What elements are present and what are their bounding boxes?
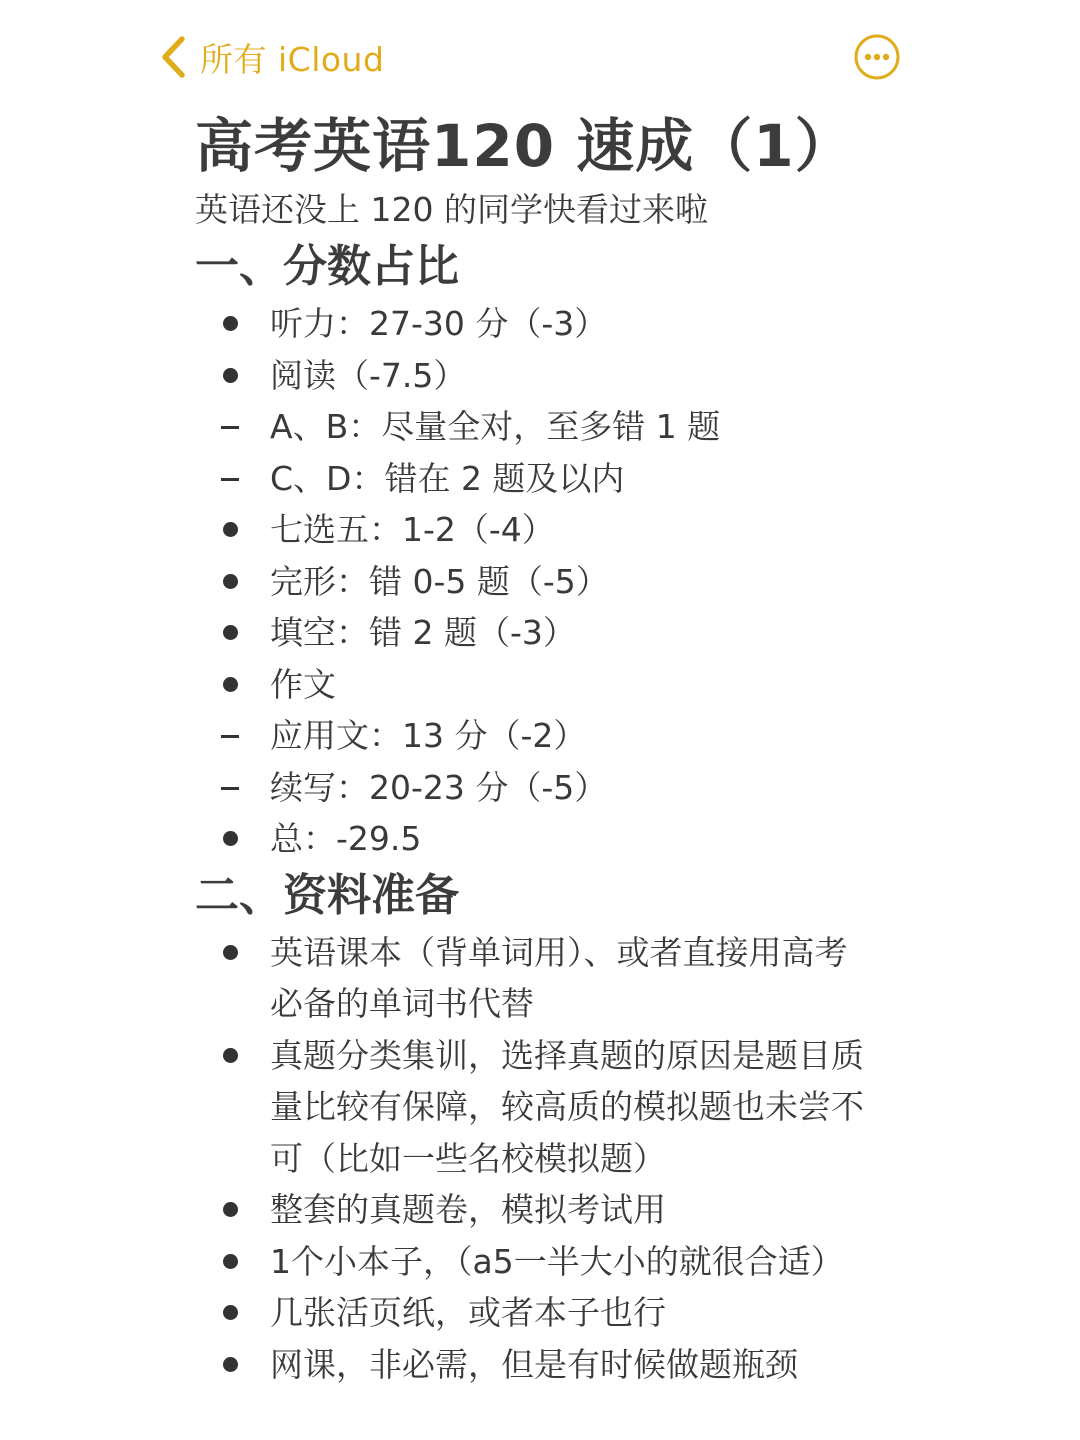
- bullet-icon: [223, 813, 243, 865]
- note-title: 高考英语120 速成（1）: [195, 108, 895, 184]
- bullet-icon: [223, 1184, 243, 1236]
- list-item: C、D：错在 2 题及以内: [195, 453, 895, 505]
- ellipsis-circle-icon: [854, 34, 900, 80]
- list-item-text: 网课，非必需，但是有时候做题瓶颈: [270, 1345, 798, 1384]
- dash-icon: [223, 401, 243, 453]
- list-item-text: 完形：错 0-5 题（-5）: [270, 562, 609, 601]
- list-item-text: 应用文：13 分（-2）: [270, 716, 586, 755]
- list-item: 七选五：1-2（-4）: [195, 504, 895, 556]
- bullet-icon: [223, 1339, 243, 1391]
- section-heading-materials: 二、资料准备: [195, 865, 895, 927]
- list-item-text: 七选五：1-2（-4）: [270, 510, 555, 549]
- list-item-text: 英语课本（背单词用）、或者直接用高考必备的单词书代替: [270, 933, 848, 1024]
- bullet-icon: [223, 556, 243, 608]
- list-item-text: A、B：尽量全对，至多错 1 题: [270, 407, 720, 446]
- score-list: 听力：27-30 分（-3） 阅读（-7.5） A、B：尽量全对，至多错 1 题…: [195, 298, 895, 865]
- list-item: 听力：27-30 分（-3）: [195, 298, 895, 350]
- list-item-text: 续写：20-23 分（-5）: [270, 768, 607, 807]
- bullet-icon: [223, 659, 243, 711]
- list-item: 作文: [195, 659, 895, 711]
- list-item: 整套的真题卷，模拟考试用: [195, 1184, 865, 1236]
- list-item: 填空：错 2 题（-3）: [195, 607, 895, 659]
- bullet-icon: [223, 1030, 243, 1082]
- note-body[interactable]: 高考英语120 速成（1） 英语还没上 120 的同学快看过来啦 一、分数占比 …: [195, 108, 895, 1390]
- back-label: 所有 iCloud: [200, 34, 384, 81]
- list-item: 应用文：13 分（-2）: [195, 710, 895, 762]
- bullet-icon: [223, 298, 243, 350]
- list-item: A、B：尽量全对，至多错 1 题: [195, 401, 895, 453]
- dash-icon: [223, 453, 243, 505]
- list-item: 完形：错 0-5 题（-5）: [195, 556, 895, 608]
- bullet-icon: [223, 1287, 243, 1339]
- list-item-text: 几张活页纸，或者本子也行: [270, 1293, 666, 1332]
- list-item: 1个小本子，（a5一半大小的就很合适）: [195, 1236, 865, 1288]
- chevron-left-icon: [158, 35, 188, 79]
- bullet-icon: [223, 1236, 243, 1288]
- more-options-button[interactable]: [854, 34, 900, 80]
- section-heading-score: 一、分数占比: [195, 236, 895, 298]
- list-item: 真题分类集训，选择真题的原因是题目质量比较有保障，较高质的模拟题也未尝不可（比如…: [195, 1030, 865, 1185]
- list-item: 续写：20-23 分（-5）: [195, 762, 895, 814]
- list-item: 网课，非必需，但是有时候做题瓶颈: [195, 1339, 865, 1391]
- note-subtitle: 英语还没上 120 的同学快看过来啦: [195, 184, 895, 236]
- list-item-text: C、D：错在 2 题及以内: [270, 459, 624, 498]
- back-button[interactable]: 所有 iCloud: [158, 34, 384, 80]
- list-item: 英语课本（背单词用）、或者直接用高考必备的单词书代替: [195, 927, 865, 1030]
- list-item-text: 阅读（-7.5）: [270, 356, 466, 395]
- list-item-text: 1个小本子，（a5一半大小的就很合适）: [270, 1242, 844, 1281]
- materials-list: 英语课本（背单词用）、或者直接用高考必备的单词书代替 真题分类集训，选择真题的原…: [195, 927, 865, 1391]
- list-item-text: 作文: [270, 665, 336, 704]
- list-item: 几张活页纸，或者本子也行: [195, 1287, 865, 1339]
- bullet-icon: [223, 350, 243, 402]
- list-item: 阅读（-7.5）: [195, 350, 895, 402]
- dash-icon: [223, 710, 243, 762]
- bullet-icon: [223, 607, 243, 659]
- navigation-bar: 所有 iCloud: [0, 0, 1080, 110]
- list-item-text: 真题分类集训，选择真题的原因是题目质量比较有保障，较高质的模拟题也未尝不可（比如…: [270, 1036, 864, 1178]
- bullet-icon: [223, 927, 243, 979]
- dash-icon: [223, 762, 243, 814]
- list-item-text: 整套的真题卷，模拟考试用: [270, 1190, 666, 1229]
- bullet-icon: [223, 504, 243, 556]
- list-item-text: 听力：27-30 分（-3）: [270, 304, 607, 343]
- list-item-text: 填空：错 2 题（-3）: [270, 613, 576, 652]
- list-item-text: 总：-29.5: [270, 819, 421, 858]
- list-item: 总：-29.5: [195, 813, 895, 865]
